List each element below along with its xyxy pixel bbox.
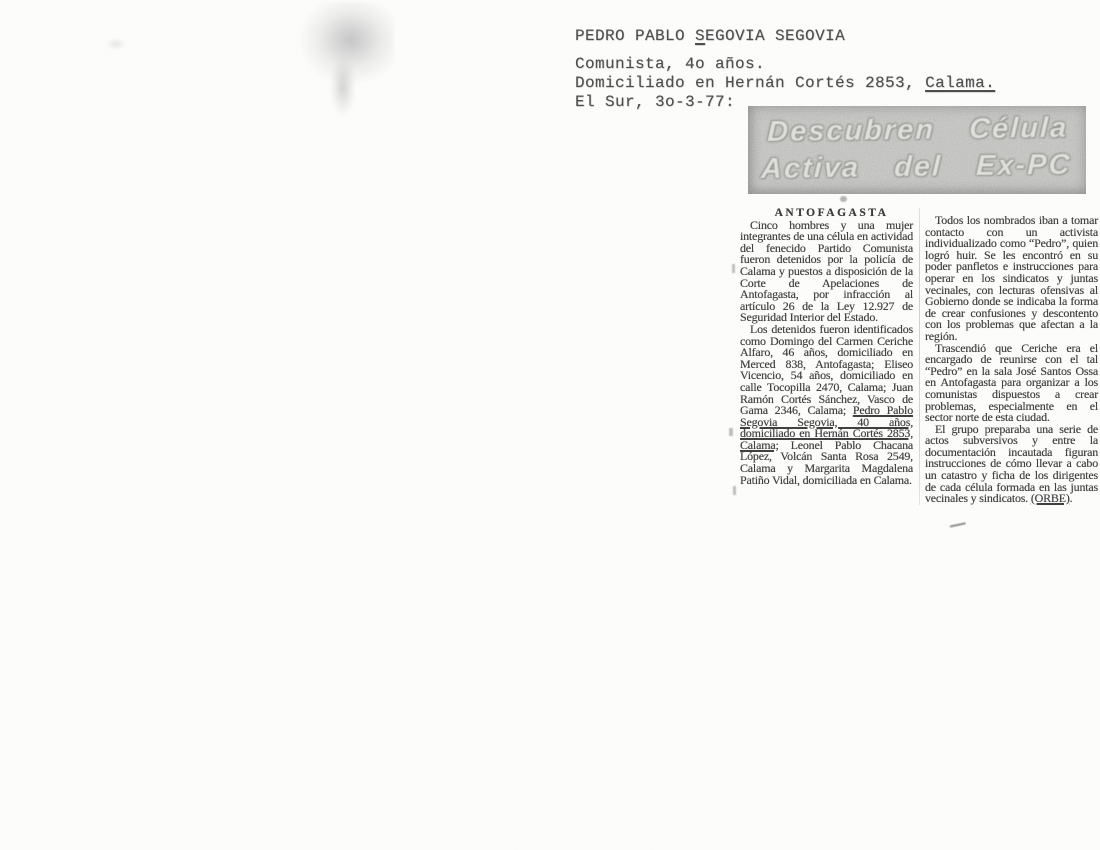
scan-smudge (106, 38, 126, 50)
col2-paragraph-1: Todos los nombrados iban a tomar contact… (925, 215, 1098, 343)
scan-artifact (732, 264, 735, 273)
typed-address-underlined: Calama. (925, 74, 995, 92)
typed-annotation: PEDRO PABLO SEGOVIA SEGOVIA Comunista, 4… (575, 27, 995, 112)
headline-line-1: Descubren Célula (748, 110, 1086, 152)
typed-source-line: El Sur, 3o-3-77: (575, 93, 995, 112)
clipping-headline: Descubren Célula Activa del Ex-PC (748, 110, 1086, 189)
col1-paragraph-2: Los detenidos fueron identificados como … (740, 324, 913, 486)
col2-para3-agency: (ORBE) (1031, 491, 1070, 505)
scan-artifact (729, 428, 733, 436)
clipping-column-2: Todos los nombrados iban a tomar contact… (925, 208, 1098, 505)
typed-affiliation-line: Comunista, 4o años. (575, 55, 995, 74)
typed-address-line: Domiciliado en Hernán Cortés 2853, Calam… (575, 74, 995, 93)
typed-address-pre: Domiciliado en Hernán Cortés 2853, (575, 74, 925, 92)
headline-line-2: Activa del Ex-PC (748, 147, 1086, 189)
col2-paragraph-3: El grupo preparaba una serie de actos su… (925, 424, 1098, 505)
newspaper-clipping: Descubren Célula Activa del Ex-PC ANTOFA… (740, 100, 1098, 545)
clipping-headline-box: Descubren Célula Activa del Ex-PC (748, 106, 1086, 194)
scan-smudge (330, 58, 356, 116)
scanned-document-page: PEDRO PABLO SEGOVIA SEGOVIA Comunista, 4… (0, 0, 1100, 850)
scan-smudge (298, 2, 394, 86)
clipping-body: ANTOFAGASTA Cinco hombres y una mujer in… (740, 208, 1098, 505)
typed-name-post: EGOVIA SEGOVIA (705, 27, 845, 45)
typed-name-line: PEDRO PABLO SEGOVIA SEGOVIA (575, 27, 995, 46)
scan-artifact (733, 486, 736, 495)
typed-name-pre: PEDRO PABLO (575, 27, 695, 45)
clipping-column-1: ANTOFAGASTA Cinco hombres y una mujer in… (740, 208, 913, 505)
col2-paragraph-2: Trascendió que Ceriche era el encargado … (925, 343, 1098, 424)
col2-para3-post: . (1070, 491, 1073, 505)
col1-paragraph-1: Cinco hombres y una mujer integrantes de… (740, 220, 913, 324)
typed-name-underlined: S (695, 27, 705, 45)
column-divider (919, 208, 920, 505)
